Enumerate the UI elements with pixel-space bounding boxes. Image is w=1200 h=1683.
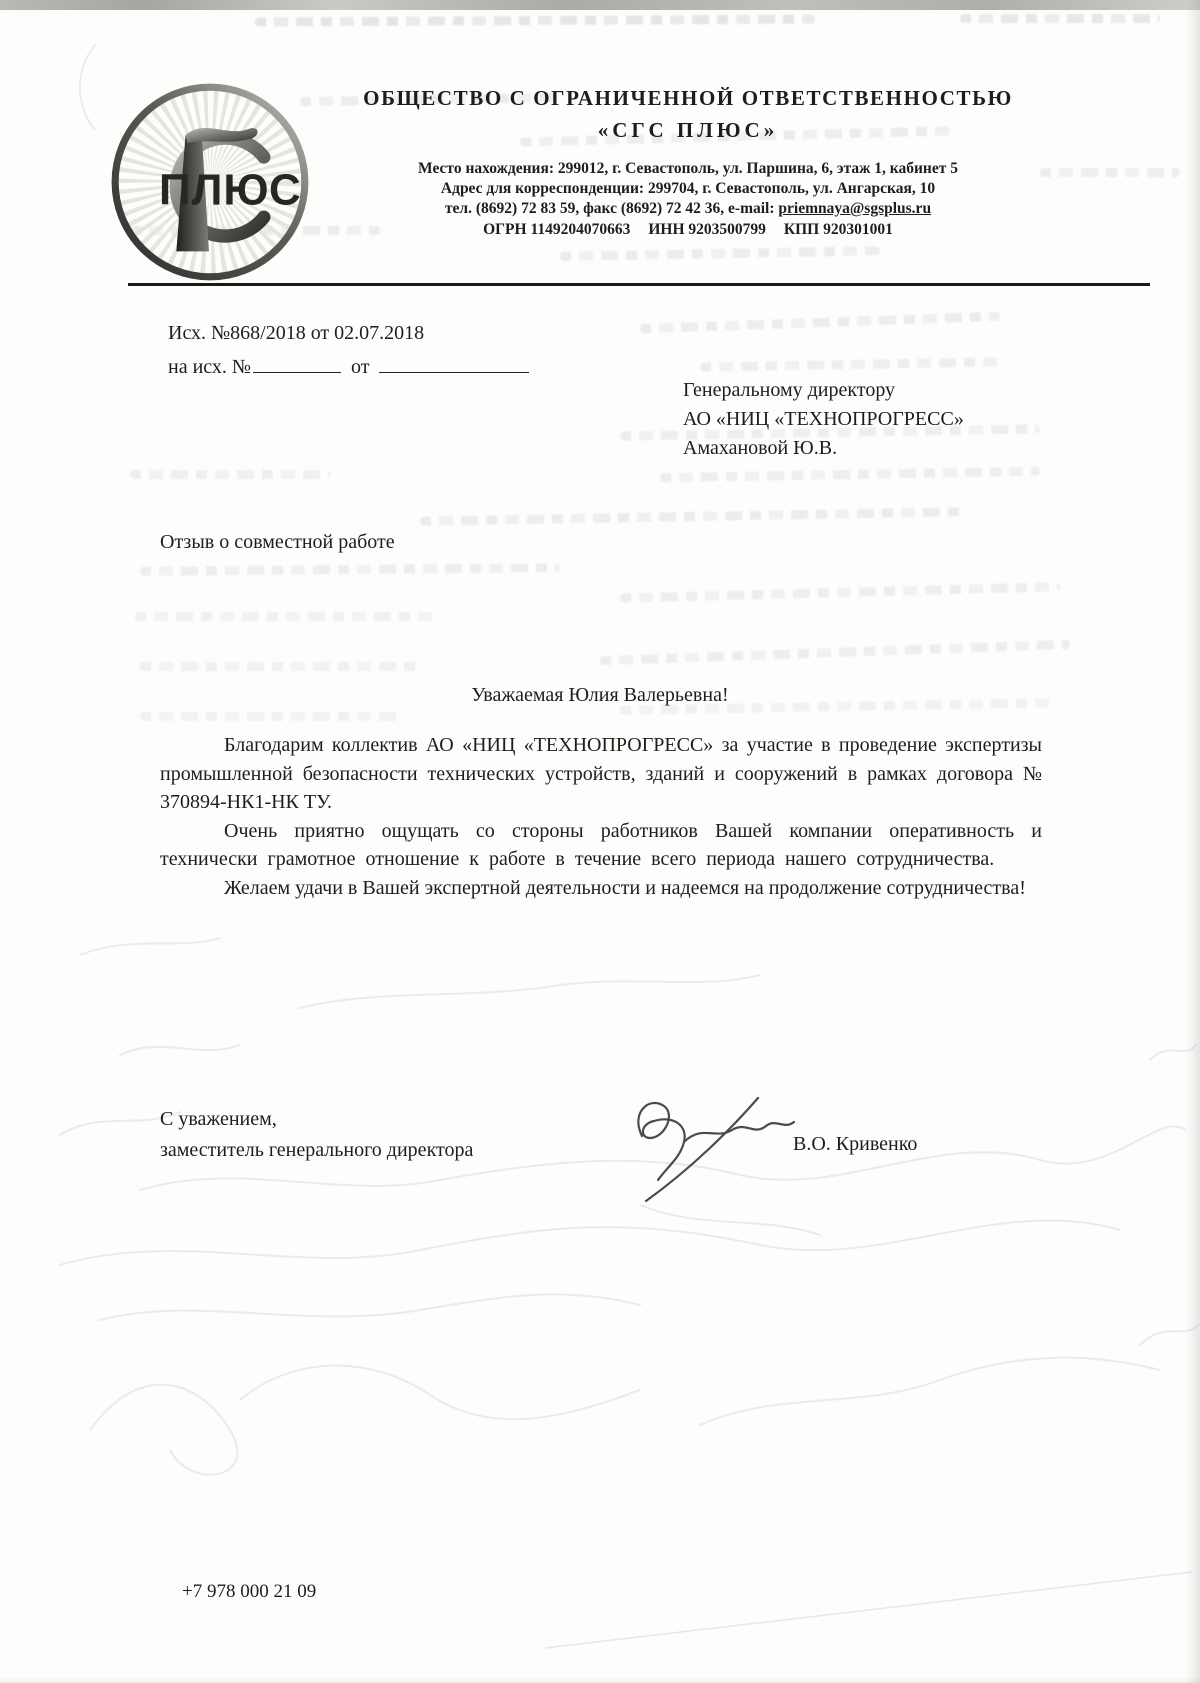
contacts-line: тел. (8692) 72 83 59, факс (8692) 72 42 … [330, 199, 1046, 219]
logo-text: ПЛЮС [159, 165, 302, 214]
signer-name: В.О. Кривенко [793, 1133, 917, 1156]
reply-date-label: от [351, 356, 369, 378]
bleedthrough-mark [600, 640, 1070, 665]
bleedthrough-mark [255, 15, 815, 27]
body-paragraph-2: Очень приятно ощущать со стороны работни… [160, 817, 1042, 874]
scan-edge-right [1186, 0, 1200, 1683]
outgoing-number: Исх. №868/2018 от 02.07.2018 [168, 316, 529, 350]
letterhead: ОБЩЕСТВО С ОГРАНИЧЕННОЙ ОТВЕТСТВЕННОСТЬЮ… [330, 86, 1046, 240]
bleedthrough-mark [130, 470, 330, 479]
bleedthrough-mark [140, 662, 420, 671]
letterhead-divider-line [128, 283, 1150, 286]
signer-title: заместитель генерального директора [160, 1135, 473, 1166]
bleedthrough-mark [560, 246, 880, 261]
scan-edge-top [0, 0, 1200, 10]
signature-block: С уважением, заместитель генерального ди… [160, 1104, 473, 1166]
bleedthrough-mark [700, 357, 1000, 371]
bleedthrough-mark [960, 14, 1160, 23]
addressee-block: Генеральному директору АО «НИЦ «ТЕХНОПРО… [683, 376, 964, 463]
kpp-number: КПП 920301001 [784, 221, 893, 238]
footer-phone-number: +7 978 000 21 09 [182, 1581, 316, 1603]
body-paragraph-3: Желаем удачи в Вашей экспертной деятельн… [160, 874, 1042, 903]
bleedthrough-mark [420, 507, 960, 525]
org-name-title: «СГС ПЛЮС» [330, 118, 1046, 143]
reply-number-label: на исх. № [168, 356, 251, 378]
letter-subject: Отзыв о совместной работе [160, 531, 395, 554]
bleedthrough-mark [640, 312, 1000, 334]
bleedthrough-mark [140, 563, 560, 576]
salutation: Уважаемая Юлия Валерьевна! [0, 684, 1200, 707]
org-type-title: ОБЩЕСТВО С ОГРАНИЧЕННОЙ ОТВЕТСТВЕННОСТЬЮ [330, 86, 1046, 111]
address-location: Место нахождения: 299012, г. Севастополь… [330, 159, 1046, 179]
scanned-letter-page: ПЛЮС ОБЩЕСТВО С ОГРАНИЧЕННОЙ ОТВЕТСТВЕНН… [0, 0, 1200, 1683]
letterhead-address-block: Место нахождения: 299012, г. Севастополь… [330, 159, 1046, 240]
addressee-name: Амахановой Ю.В. [683, 434, 964, 463]
reply-reference-line: на исх. №от [168, 350, 529, 384]
phone-fax-label: тел. (8692) 72 83 59, факс (8692) 72 42 … [445, 200, 778, 217]
bleedthrough-mark [140, 712, 400, 721]
reply-date-blank [379, 355, 529, 373]
body-paragraph-1: Благодарим коллектив АО «НИЦ «ТЕХНОПРОГР… [160, 731, 1042, 817]
email-address: priemnaya@sgsplus.ru [778, 200, 931, 217]
scan-edge-bottom [0, 1677, 1200, 1683]
bleedthrough-mark [135, 612, 435, 621]
letter-body: Благодарим коллектив АО «НИЦ «ТЕХНОПРОГР… [160, 731, 1042, 902]
bleedthrough-mark [1040, 168, 1180, 177]
address-correspondence: Адрес для корреспонденции: 299704, г. Се… [330, 179, 1046, 199]
bleedthrough-mark [660, 467, 1040, 483]
ogrn-number: ОГРН 1149204070663 [483, 221, 630, 238]
addressee-company: АО «НИЦ «ТЕХНОПРОГРЕСС» [683, 405, 964, 434]
handwritten-signature [612, 1088, 812, 1203]
bleedthrough-mark [620, 582, 1060, 603]
reply-number-blank [253, 355, 341, 373]
inn-number: ИНН 9203500799 [648, 221, 766, 238]
company-logo: ПЛЮС [108, 80, 312, 284]
registration-line: ОГРН 1149204070663ИНН 9203500799КПП 9203… [330, 220, 1046, 240]
addressee-position: Генеральному директору [683, 376, 964, 405]
reference-block: Исх. №868/2018 от 02.07.2018 на исх. №от [168, 316, 529, 384]
closing-phrase: С уважением, [160, 1104, 473, 1135]
